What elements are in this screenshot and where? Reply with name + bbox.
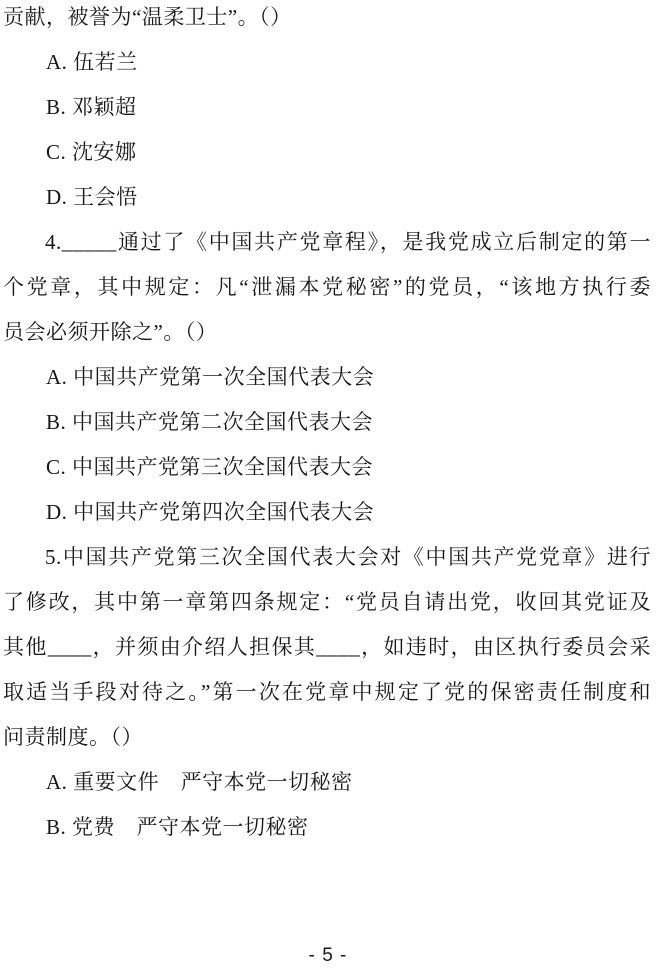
- question-4-option-b: B. 中国共产党第二次全国代表大会: [3, 400, 651, 445]
- question-3-option-d: D. 王会悟: [3, 175, 651, 220]
- question-3-option-a: A. 伍若兰: [3, 40, 651, 85]
- page-number: - 5 -: [0, 945, 656, 967]
- question-4-stem-line-3: 员会必须开除之”。（）: [3, 310, 651, 355]
- question-5-stem-line-3: 其他____，并须由介绍人担保其____，如违时，由区执行委员会采: [3, 625, 651, 670]
- question-5-stem-line-1: 5.中国共产党第三次全国代表大会对《中国共产党党章》进行: [3, 535, 651, 580]
- question-5-stem-line-5: 问责制度。（）: [3, 715, 651, 760]
- question-5-option-a: A. 重要文件 严守本党一切秘密: [3, 760, 651, 805]
- question-5-stem-line-4: 取适当手段对待之。”第一次在党章中规定了党的保密责任制度和: [3, 670, 651, 715]
- question-4-option-d: D. 中国共产党第四次全国代表大会: [3, 490, 651, 535]
- question-4-stem-line-2: 个党章，其中规定：凡“泄漏本党秘密”的党员，“该地方执行委: [3, 265, 651, 310]
- question-3-option-c: C. 沈安娜: [3, 130, 651, 175]
- question-4-stem-line-1: 4._____通过了《中国共产党章程》，是我党成立后制定的第一: [3, 220, 651, 265]
- question-3-option-b: B. 邓颖超: [3, 85, 651, 130]
- question-4-option-c: C. 中国共产党第三次全国代表大会: [3, 445, 651, 490]
- question-5-option-b: B. 党费 严守本党一切秘密: [3, 805, 651, 850]
- question-5-stem-line-2: 了修改，其中第一章第四条规定：“党员自请出党，收回其党证及: [3, 580, 651, 625]
- document-page: 贡献，被誉为“温柔卫士”。（） A. 伍若兰 B. 邓颖超 C. 沈安娜 D. …: [0, 0, 656, 975]
- question-3-stem-continuation: 贡献，被誉为“温柔卫士”。（）: [3, 0, 651, 40]
- question-4-option-a: A. 中国共产党第一次全国代表大会: [3, 355, 651, 400]
- document-text: 贡献，被誉为“温柔卫士”。（） A. 伍若兰 B. 邓颖超 C. 沈安娜 D. …: [3, 0, 651, 850]
